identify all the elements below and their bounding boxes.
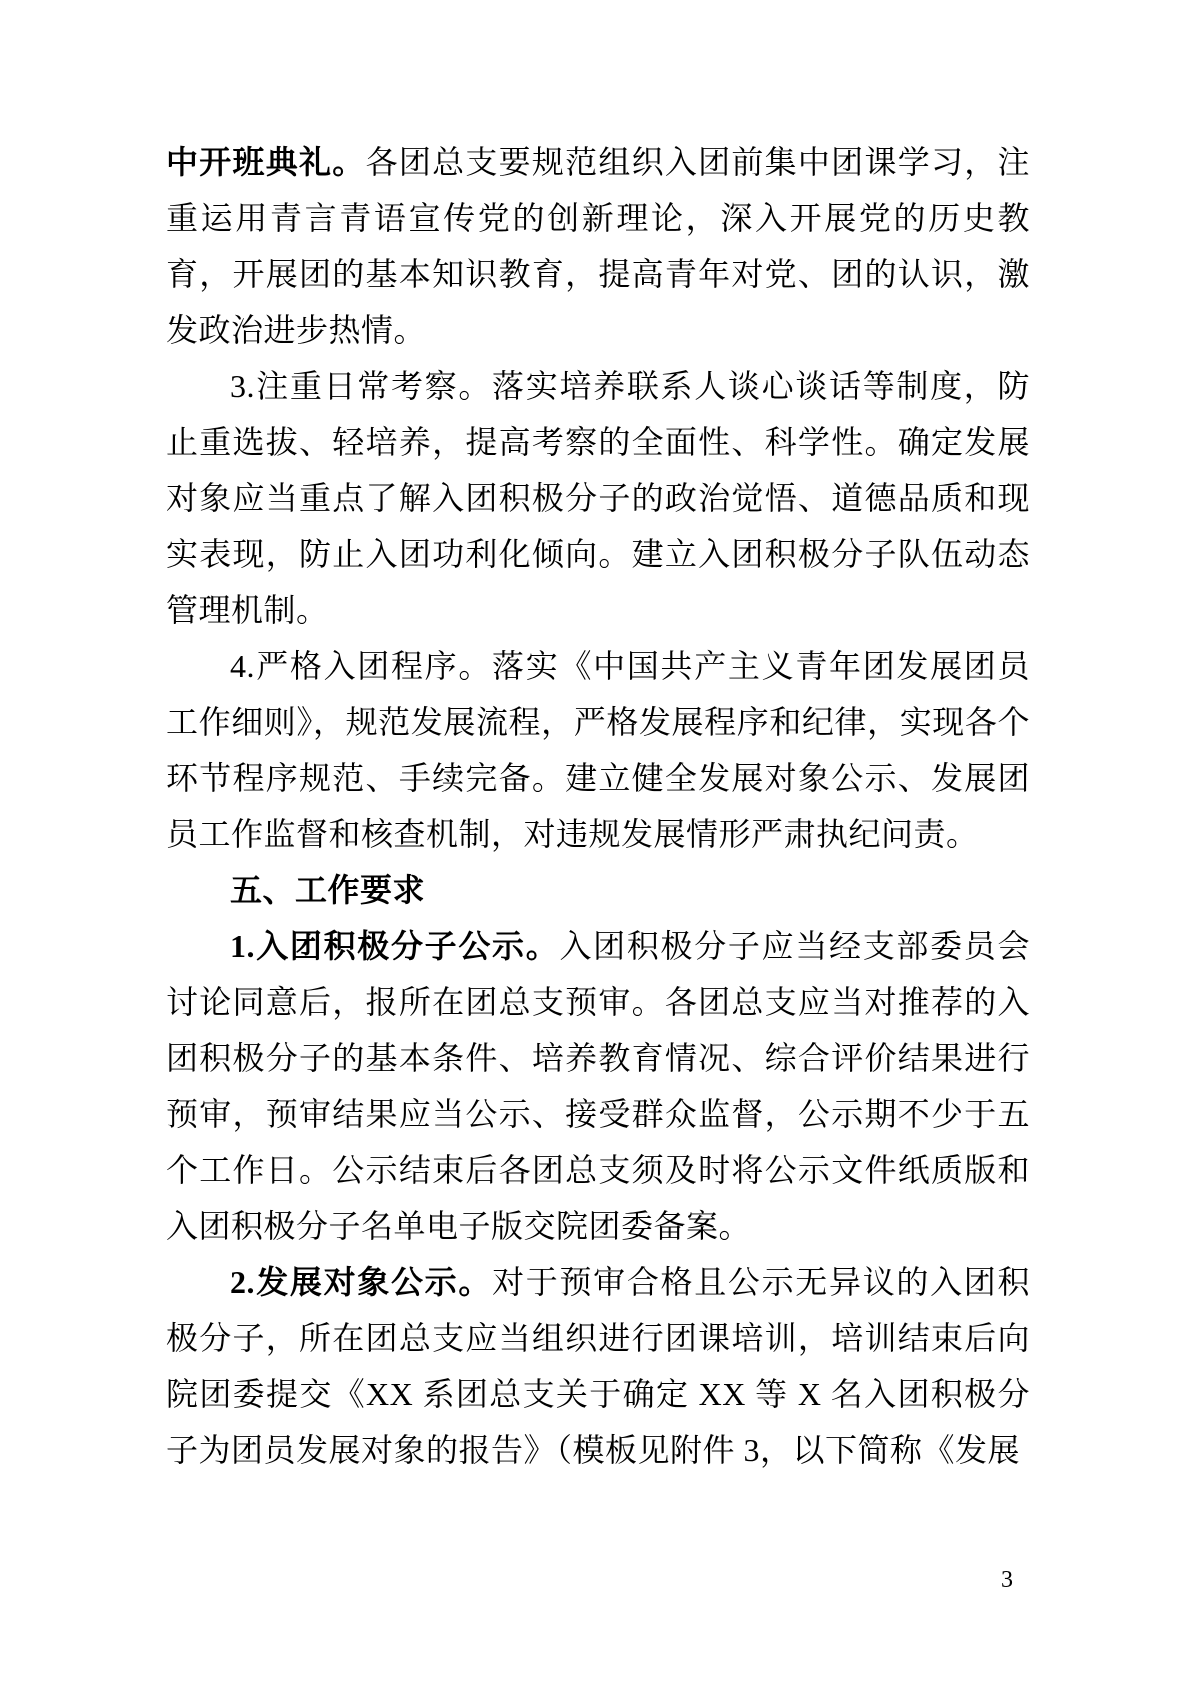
paragraph: 中开班典礼。各团总支要规范组织入团前集中团课学习，注重运用青言青语宣传党的创新理… [166, 134, 1030, 358]
paragraph: 2.发展对象公示。对于预审合格且公示无异议的入团积极分子，所在团总支应当组织进行… [166, 1254, 1030, 1478]
paragraph: 4.严格入团程序。落实《中国共产主义青年团发展团员工作细则》，规范发展流程，严格… [166, 638, 1030, 862]
section-heading: 五、工作要求 [166, 862, 1030, 918]
paragraph: 1.入团积极分子公示。入团积极分子应当经支部委员会讨论同意后，报所在团总支预审。… [166, 918, 1030, 1254]
document-body: 中开班典礼。各团总支要规范组织入团前集中团课学习，注重运用青言青语宣传党的创新理… [166, 134, 1030, 1478]
bold-text-run: 五、工作要求 [230, 872, 425, 908]
paragraph: 3.注重日常考察。落实培养联系人谈心谈话等制度，防止重选拔、轻培养，提高考察的全… [166, 358, 1030, 638]
document-page: 中开班典礼。各团总支要规范组织入团前集中团课学习，注重运用青言青语宣传党的创新理… [0, 0, 1191, 1684]
text-run: 4.严格入团程序。落实《中国共产主义青年团发展团员工作细则》，规范发展流程，严格… [166, 648, 1030, 852]
bold-text-run: 中开班典礼。 [166, 144, 366, 180]
text-run: 3.注重日常考察。落实培养联系人谈心谈话等制度，防止重选拔、轻培养，提高考察的全… [166, 368, 1030, 628]
bold-text-run: 1.入团积极分子公示。 [230, 928, 559, 964]
text-run: 入团积极分子应当经支部委员会讨论同意后，报所在团总支预审。各团总支应当对推荐的入… [166, 928, 1030, 1244]
bold-text-run: 2.发展对象公示。 [230, 1264, 492, 1300]
page-number: 3 [1001, 1568, 1013, 1592]
